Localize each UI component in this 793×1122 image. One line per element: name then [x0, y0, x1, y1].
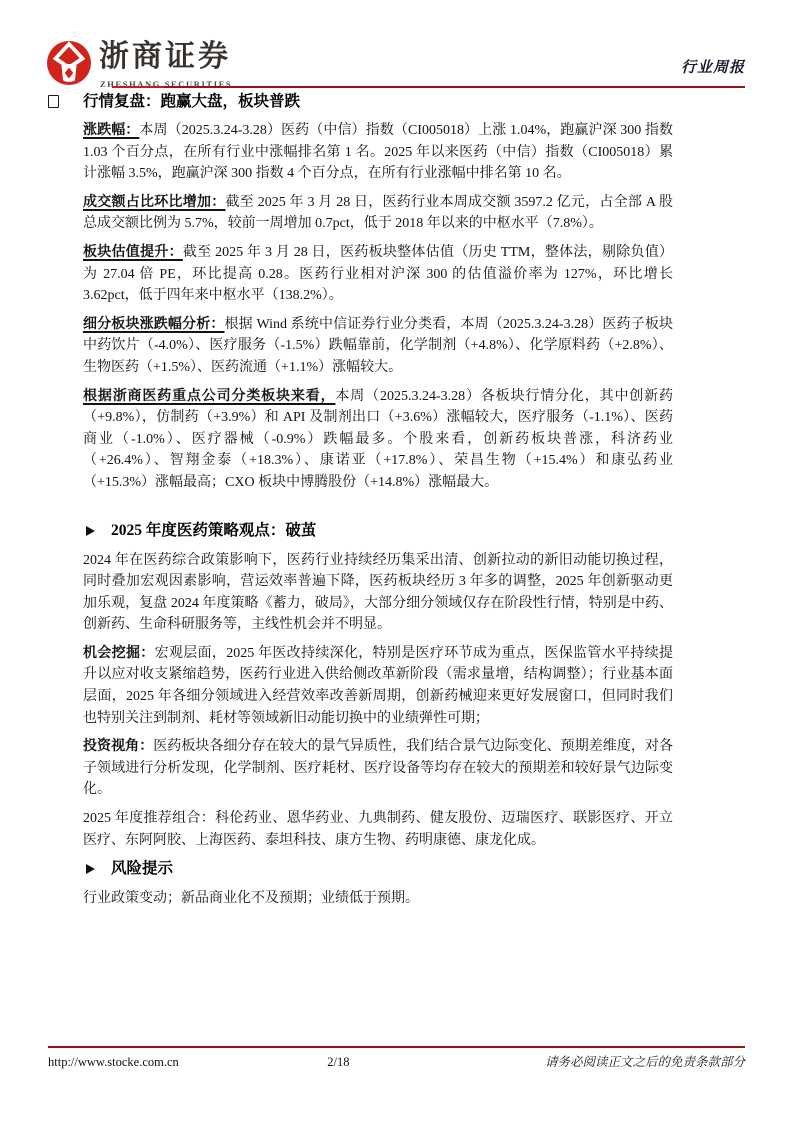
paragraph-text: 宏观层面，2025 年医改持续深化，特别是医疗环节成为重点，医保监管水平持续提升…: [83, 646, 673, 726]
paragraph-valuation: 板块估值提升：截至 2025 年 3 月 28 日，医药板块整体估值（历史 TT…: [83, 242, 673, 307]
paragraph-key-companies: 根据浙商医药重点公司分类板块来看，本周（2025.3.24-3.28）各板块行情…: [83, 386, 673, 494]
zheshang-logo: 浙商证券 ZHESHANG SECURITIES: [46, 40, 234, 92]
section-title-text: 风险提示: [111, 859, 173, 879]
paragraph-label: 板块估值提升：: [83, 245, 183, 260]
brand-name-en: ZHESHANG SECURITIES: [99, 78, 234, 91]
section-title-market-review: 行情复盘：跑赢大盘，板块普跌: [83, 92, 673, 112]
section-title-text: 2025 年度医药策略观点：破茧: [111, 521, 316, 541]
zheshang-logo-icon: [46, 40, 92, 86]
square-bullet-icon: [48, 95, 59, 108]
paragraph-turnover: 成交额占比环比增加：截至 2025 年 3 月 28 日，医药行业本周成交额 3…: [83, 192, 673, 235]
header-rule: [112, 86, 745, 88]
report-footer: http://www.stocke.com.cn 2/18 请务必阅读正文之后的…: [48, 1046, 745, 1070]
paragraph-strategy-intro: 2024 年在医药综合政策影响下，医药行业持续经历集采出清、创新拉动的新旧动能切…: [83, 550, 673, 636]
paragraph-recommended-portfolio: 2025 年度推荐组合：科伦药业、恩华药业、九典制药、健友股份、迈瑞医疗、联影医…: [83, 808, 673, 851]
footer-disclaimer: 请务必阅读正文之后的免责条款部分: [435, 1052, 745, 1070]
brand-name-cn: 浙商证券: [99, 40, 234, 74]
report-body: 行情复盘：跑赢大盘，板块普跌 涨跌幅：本周（2025.3.24-3.28）医药（…: [83, 92, 673, 917]
arrow-bullet-icon: [86, 864, 95, 874]
paragraph-risk: 行业政策变动；新品商业化不及预期；业绩低于预期。: [83, 888, 673, 910]
paragraph-opportunity: 机会挖掘：宏观层面，2025 年医改持续深化，特别是医疗环节成为重点，医保监管水…: [83, 643, 673, 729]
paragraph-label: 机会挖掘：: [83, 646, 155, 661]
footer-row: http://www.stocke.com.cn 2/18 请务必阅读正文之后的…: [48, 1052, 745, 1070]
paragraph-text: 医药板块各细分存在较大的景气异质性，我们结合景气边际变化、预期差维度，对各子领域…: [83, 739, 673, 797]
paragraph-text: 本周（2025.3.24-3.28）医药（中信）指数（CI005018）上涨 1…: [83, 123, 673, 181]
paragraph-investment-view: 投资视角：医药板块各细分存在较大的景气异质性，我们结合景气边际变化、预期差维度，…: [83, 736, 673, 801]
page-number: 2/18: [242, 1055, 436, 1070]
arrow-bullet-icon: [86, 526, 95, 536]
paragraph-label: 成交额占比环比增加：: [83, 195, 225, 210]
paragraph-price-change: 涨跌幅：本周（2025.3.24-3.28）医药（中信）指数（CI005018）…: [83, 120, 673, 185]
footer-rule: [48, 1046, 745, 1048]
section-title-text: 行情复盘：跑赢大盘，板块普跌: [83, 93, 300, 110]
report-type-label: 行业周报: [681, 56, 745, 77]
section-title-strategy: 2025 年度医药策略观点：破茧: [86, 521, 673, 541]
footer-url-link[interactable]: http://www.stocke.com.cn: [48, 1055, 242, 1070]
paragraph-label: 根据浙商医药重点公司分类板块来看，: [83, 389, 335, 404]
paragraph-subsector-analysis: 细分板块涨跌幅分析：根据 Wind 系统中信证券行业分类看，本周（2025.3.…: [83, 314, 673, 379]
paragraph-label: 投资视角：: [83, 739, 153, 754]
logo-text: 浙商证券 ZHESHANG SECURITIES: [99, 40, 234, 92]
paragraph-text: 行业政策变动；新品商业化不及预期；业绩低于预期。: [83, 891, 419, 906]
section-title-risk: 风险提示: [86, 859, 673, 879]
paragraph-text: 2024 年在医药综合政策影响下，医药行业持续经历集采出清、创新拉动的新旧动能切…: [83, 553, 673, 633]
paragraph-label: 细分板块涨跌幅分析：: [83, 317, 225, 332]
paragraph-label: 涨跌幅：: [83, 123, 139, 138]
report-page: 浙商证券 ZHESHANG SECURITIES 行业周报 行情复盘：跑赢大盘，…: [0, 0, 793, 1122]
paragraph-text: 2025 年度推荐组合：科伦药业、恩华药业、九典制药、健友股份、迈瑞医疗、联影医…: [83, 811, 673, 848]
